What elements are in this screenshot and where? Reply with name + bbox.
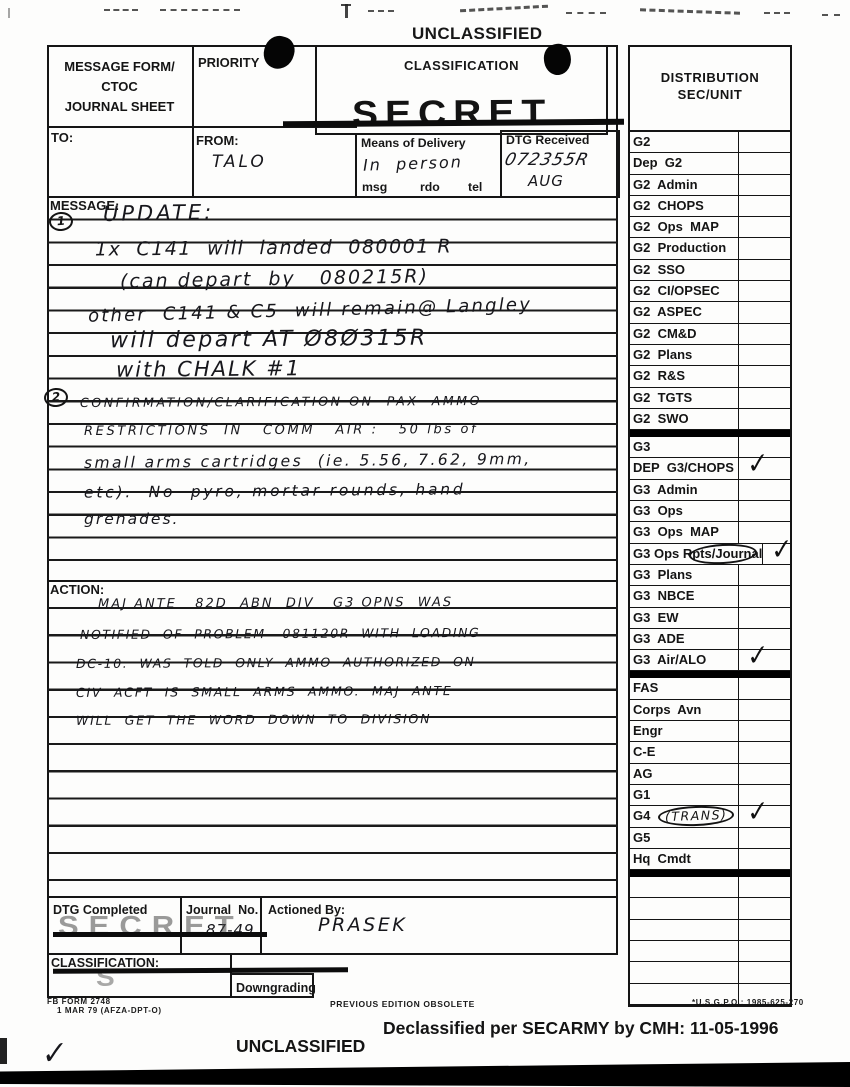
distribution-check-cell [738, 345, 790, 365]
distribution-row [630, 898, 790, 919]
distribution-row: G4(TRANS)✓ [630, 806, 790, 827]
distribution-divider [630, 671, 790, 678]
distribution-row-label: G2 Production [630, 238, 738, 258]
distribution-row: Hq Cmdt [630, 849, 790, 870]
scan-noise [8, 8, 10, 18]
scan-edge-bar [0, 1062, 850, 1087]
distribution-row-label: G3 Plans [630, 565, 738, 585]
scan-noise [822, 14, 840, 16]
scan-noise [341, 4, 351, 6]
distribution-row: AG [630, 764, 790, 785]
scan-noise [640, 8, 740, 14]
distribution-row-label: Engr [630, 721, 738, 741]
distribution-check-cell: ✓ [738, 458, 790, 478]
distribution-row-label [630, 984, 738, 1004]
distribution-row: G2 SWO [630, 409, 790, 430]
dtg-received-value: 072355R [503, 150, 592, 170]
distribution-check-cell [738, 898, 790, 918]
distribution-row-label: G2 SWO [630, 409, 738, 429]
distribution-row-label: G2 [630, 132, 738, 152]
form-date: 1 MAR 79 (AFZA-DPT-O) [57, 1006, 162, 1015]
distribution-header-line: DISTRIBUTION [630, 69, 790, 86]
distribution-row: G2 CM&D [630, 324, 790, 345]
distribution-row-label: Hq Cmdt [630, 849, 738, 869]
form-number: FB FORM 2748 [47, 997, 111, 1006]
distribution-check-cell [738, 721, 790, 741]
action-handwriting-line: WILL GET THE WORD DOWN TO DIVISION [76, 711, 431, 728]
distribution-row-label: G3 Admin [630, 480, 738, 500]
action-handwriting-line: MAJ ANTE 82D ABN DIV G3 OPNS WAS [98, 595, 453, 612]
distribution-check-cell [738, 281, 790, 301]
distribution-row: G3 EW [630, 608, 790, 629]
actioned-by-value: PRASEK [318, 914, 407, 936]
scan-noise [345, 4, 348, 18]
handwritten-annotation: (TRANS) [658, 805, 735, 828]
top-classification-banner: UNCLASSIFIED [412, 24, 542, 44]
distribution-check-cell [738, 480, 790, 500]
distribution-row [630, 877, 790, 898]
distribution-row: G2 R&S [630, 366, 790, 387]
distribution-check-cell [738, 260, 790, 280]
distribution-row: G2 ASPEC [630, 302, 790, 323]
distribution-row: G2 Production [630, 238, 790, 259]
message-handwriting-line: etc). No pyro, mortar rounds, hand [84, 480, 466, 501]
bottom-classification-banner: UNCLASSIFIED [236, 1036, 365, 1057]
action-handwriting-line: CIV ACFT IS SMALL ARMS AMMO. MAJ ANTE [76, 683, 453, 700]
distribution-row-label: G3 EW [630, 608, 738, 628]
distribution-row-label: G2 CHOPS [630, 196, 738, 216]
distribution-check-cell [738, 608, 790, 628]
distribution-row [630, 984, 790, 1005]
scan-noise [566, 12, 606, 14]
distribution-row: G2 Plans [630, 345, 790, 366]
distribution-row-label: G3 Ops MAP [630, 522, 738, 542]
delivery-option-rdo: rdo [420, 180, 440, 194]
distribution-header-line: SEC/UNIT [630, 86, 790, 103]
delivery-option-msg: msg [362, 180, 387, 194]
scan-noise [160, 9, 240, 11]
distribution-check-cell [738, 565, 790, 585]
distribution-check-cell: ✓ [738, 806, 790, 826]
distribution-check-cell [738, 302, 790, 322]
declassified-note: Declassified per SECARMY by CMH: 11-05-1… [383, 1018, 779, 1039]
distribution-row: G2 CI/OPSEC [630, 281, 790, 302]
form-divider [260, 898, 262, 955]
distribution-check-cell [738, 153, 790, 173]
distribution-row-label: G2 Plans [630, 345, 738, 365]
distribution-row-label: G3 NBCE [630, 586, 738, 606]
distribution-row: G3 Plans [630, 565, 790, 586]
distribution-row: Engr [630, 721, 790, 742]
distribution-check-cell [738, 366, 790, 386]
distribution-row: G2 [630, 132, 790, 153]
distribution-check-cell [738, 238, 790, 258]
distribution-row-label: G3 ADE [630, 629, 738, 649]
distribution-row [630, 962, 790, 983]
distribution-check-cell [738, 764, 790, 784]
distribution-row-label [630, 962, 738, 982]
form-divider [192, 45, 194, 198]
distribution-row: G3 Air/ALO✓ [630, 650, 790, 671]
distribution-row-label [630, 941, 738, 961]
distribution-row-label [630, 920, 738, 940]
message-handwriting-line: 1x C141 will landed 080001 R [95, 235, 452, 260]
distribution-check-cell: ✓ [762, 544, 790, 564]
delivery-label: Means of Delivery [361, 136, 466, 150]
distribution-row: G3 Ops [630, 501, 790, 522]
secret-stamp: SECRET [352, 93, 553, 135]
distribution-check-cell [738, 941, 790, 961]
distribution-row-label: Dep G2 [630, 153, 738, 173]
action-label: ACTION: [50, 582, 107, 597]
distribution-divider [630, 430, 790, 437]
distribution-check-cell [738, 742, 790, 762]
distribution-check-cell [738, 586, 790, 606]
distribution-row: Dep G2 [630, 153, 790, 174]
distribution-header: DISTRIBUTION SEC/UNIT [628, 45, 792, 132]
distribution-row-label: G4(TRANS) [630, 806, 738, 826]
scan-noise [368, 10, 394, 12]
handwritten-check-mark: ✓ [41, 1034, 68, 1073]
distribution-row-label: G2 ASPEC [630, 302, 738, 322]
action-handwriting-line: DC-10. WAS TOLD ONLY AMMO AUTHORIZED ON [76, 654, 476, 671]
distribution-row: G2 SSO [630, 260, 790, 281]
to-label: TO: [51, 130, 73, 145]
distribution-row-label: G1 [630, 785, 738, 805]
previous-edition-note: PREVIOUS EDITION OBSOLETE [330, 999, 475, 1009]
message-handwriting-line: grenades. [84, 510, 179, 528]
scan-noise [764, 12, 790, 14]
distribution-row-label: G2 CI/OPSEC [630, 281, 738, 301]
check-mark: ✓ [771, 532, 793, 567]
distribution-row-label [630, 877, 738, 897]
secret-stamp-faded: SECRET [58, 910, 244, 942]
distribution-divider [630, 870, 790, 877]
distribution-row-label: G2 CM&D [630, 324, 738, 344]
check-mark: ✓ [747, 447, 769, 482]
distribution-row-label [630, 898, 738, 918]
strike-line [53, 932, 267, 937]
check-mark: ✓ [747, 639, 769, 674]
distribution-check-cell [738, 409, 790, 429]
distribution-row: G2 Admin [630, 175, 790, 196]
distribution-row: Corps Avn [630, 700, 790, 721]
message-handwriting-line: will depart AT Ø8Ø315R [110, 326, 428, 354]
scan-noise [460, 5, 548, 13]
dtg-received-label: DTG Received [506, 133, 589, 147]
form-title-line: MESSAGE FORM/ [47, 57, 192, 77]
distribution-check-cell [738, 849, 790, 869]
distribution-check-cell [738, 962, 790, 982]
distribution-row: G2 Ops MAP [630, 217, 790, 238]
distribution-row-label: G2 TGTS [630, 388, 738, 408]
distribution-check-cell [738, 217, 790, 237]
downgrading-label: Downgrading [236, 981, 316, 995]
distribution-check-cell [738, 877, 790, 897]
distribution-row-label: FAS [630, 678, 738, 698]
message-handwriting-line: CONFIRMATION/CLARIFICATION ON PAX AMMO [80, 393, 482, 410]
distribution-row: G5 [630, 828, 790, 849]
distribution-check-cell [738, 828, 790, 848]
distribution-rows: G2Dep G2G2 AdminG2 CHOPSG2 Ops MAPG2 Pro… [628, 132, 792, 1007]
distribution-check-cell [738, 920, 790, 940]
from-value: TALO [212, 152, 267, 172]
distribution-check-cell [738, 388, 790, 408]
form-title: MESSAGE FORM/ CTOC JOURNAL SHEET [47, 57, 192, 117]
check-mark: ✓ [747, 795, 769, 830]
distribution-row-label: G2 R&S [630, 366, 738, 386]
distribution-check-cell [738, 984, 790, 1004]
document-page: UNCLASSIFIED MESSAGE FORM/ CTOC JOURNAL … [0, 0, 850, 1087]
distribution-row-label: G2 Admin [630, 175, 738, 195]
distribution-row: G3 Admin [630, 480, 790, 501]
distribution-check-cell: ✓ [738, 650, 790, 670]
form-title-line: CTOC [47, 77, 192, 97]
distribution-check-cell [738, 501, 790, 521]
message-handwriting-line: UPDATE: [103, 200, 215, 226]
distribution-check-cell [738, 196, 790, 216]
distribution-row: G3 NBCE [630, 586, 790, 607]
distribution-row: G2 TGTS [630, 388, 790, 409]
distribution-check-cell [738, 678, 790, 698]
distribution-row-label: G3 [630, 437, 738, 457]
distribution-check-cell [738, 132, 790, 152]
distribution-row [630, 920, 790, 941]
distribution-row: FAS [630, 678, 790, 699]
distribution-row: DEP G3/CHOPS✓ [630, 458, 790, 479]
distribution-row-label: G2 Ops MAP [630, 217, 738, 237]
from-label: FROM: [196, 133, 239, 148]
distribution-check-cell [738, 700, 790, 720]
scan-edge-mark [0, 1038, 7, 1064]
distribution-row-label: C-E [630, 742, 738, 762]
distribution-row [630, 941, 790, 962]
distribution-row-label: G3 Ops [630, 501, 738, 521]
form-title-line: JOURNAL SHEET [47, 97, 192, 117]
priority-label: PRIORITY [198, 55, 259, 70]
distribution-row-label: G5 [630, 828, 738, 848]
message-handwriting-line: RESTRICTIONS IN COMM AIR : 50 lbs of [84, 422, 478, 439]
distribution-row-label: DEP G3/CHOPS [630, 458, 738, 478]
dtg-received-month: AUG [528, 172, 564, 190]
delivery-value: In person [363, 152, 463, 174]
distribution-row: G3 Ops MAP [630, 522, 790, 543]
distribution-check-cell [738, 324, 790, 344]
delivery-option-tel: tel [468, 180, 482, 194]
distribution-row: C-E [630, 742, 790, 763]
distribution-check-cell [738, 175, 790, 195]
distribution-row-label: AG [630, 764, 738, 784]
message-handwriting-line: with CHALK #1 [116, 356, 301, 382]
action-handwriting-line: NOTIFIED OF PROBLEM 081120R WITH LOADING [80, 625, 480, 642]
scan-noise [104, 9, 138, 11]
distribution-row-label: Corps Avn [630, 700, 738, 720]
distribution-row-label: G2 SSO [630, 260, 738, 280]
distribution-row-label: G3 Air/ALO [630, 650, 738, 670]
distribution-row: G3 Ops Rpts/Journal✓ [630, 544, 790, 565]
distribution-row: G2 CHOPS [630, 196, 790, 217]
